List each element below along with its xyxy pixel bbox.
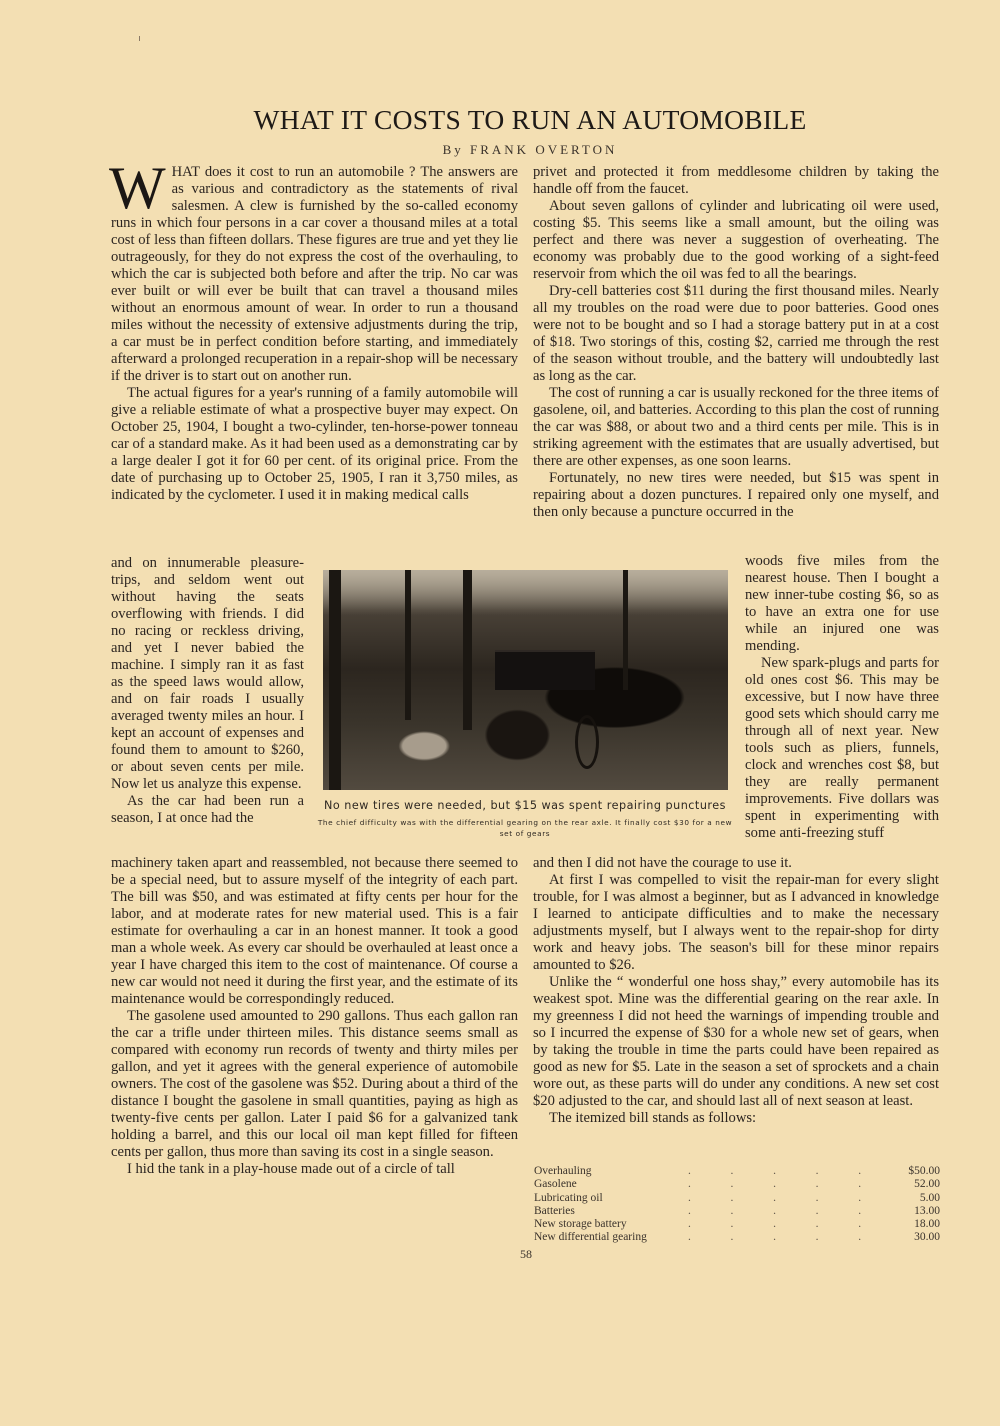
bill-leader-dots: . . . . . . . . . <box>684 1192 888 1205</box>
paragraph-actual-figures-cont: and on innumerable pleasure-trips, and s… <box>111 555 304 793</box>
page-number: 58 <box>520 1247 532 1262</box>
bill-item-amount: 52.00 <box>888 1178 940 1191</box>
bill-item-amount: 18.00 <box>888 1218 940 1231</box>
bill-item-amount: $50.00 <box>888 1165 940 1178</box>
left-column-top: WHAT does it cost to run an automobile ?… <box>111 164 518 504</box>
bill-item-amount: 13.00 <box>888 1205 940 1218</box>
bill-item-label: Gasolene <box>534 1178 684 1191</box>
photo-caption: No new tires were needed, but $15 was sp… <box>315 798 735 839</box>
bill-row: New storage battery . . . . . . . . . 18… <box>534 1218 940 1231</box>
caption-sub: The chief difficulty was with the differ… <box>315 817 735 839</box>
bill-leader-dots: . . . . . . . . . <box>684 1178 888 1191</box>
paragraph-spark-plugs-cont: and then I did not have the courage to u… <box>533 855 939 872</box>
paragraph-repair-man: At first I was compelled to visit the re… <box>533 872 939 974</box>
bill-item-label: Overhauling <box>534 1165 684 1178</box>
right-column-bottom: and then I did not have the courage to u… <box>533 855 939 1127</box>
paragraph-bill-intro: The itemized bill stands as follows: <box>533 1110 939 1127</box>
bill-item-amount: 5.00 <box>888 1192 940 1205</box>
article-photo <box>323 570 728 790</box>
bill-leader-dots: . . . . . . . . . <box>684 1218 888 1231</box>
bill-item-label: New storage battery <box>534 1218 684 1231</box>
bill-row: Overhauling . . . . . . . . . $50.00 <box>534 1165 940 1178</box>
photo-car-wheel <box>575 715 599 769</box>
bill-leader-dots: . . . . . . . . . <box>684 1205 888 1218</box>
article-title: WHAT IT COSTS TO RUN AN AUTOMOBILE <box>0 104 1000 136</box>
photo-sky <box>323 570 728 615</box>
paragraph-tank-start: I hid the tank in a play-house made out … <box>111 1161 518 1178</box>
page-speck <box>139 36 140 41</box>
paragraph-tires: Fortunately, no new tires were needed, b… <box>533 470 939 521</box>
photo-tree <box>463 570 472 730</box>
paragraph-gasolene: The gasolene used amounted to 290 gallon… <box>111 1008 518 1161</box>
photo-tree <box>405 570 411 720</box>
bill-leader-dots: . . . . . . . . . <box>684 1231 888 1244</box>
paragraph-spark-plugs: New spark-plugs and parts for old ones c… <box>745 655 939 842</box>
paragraph-actual-figures: The actual figures for a year's running … <box>111 385 518 504</box>
itemized-bill: Overhauling . . . . . . . . . $50.00 Gas… <box>534 1165 940 1245</box>
paragraph-overhaul-start: As the car had been run a season, I at o… <box>111 793 304 827</box>
bill-row: Lubricating oil . . . . . . . . . 5.00 <box>534 1192 940 1205</box>
right-column-narrow: woods five miles from the nearest house.… <box>745 553 939 842</box>
paragraph-running-cost: The cost of running a car is usually rec… <box>533 385 939 470</box>
photo-car <box>495 650 595 690</box>
bill-item-label: Lubricating oil <box>534 1192 684 1205</box>
paragraph-tires-cont: woods five miles from the nearest house.… <box>745 553 939 655</box>
drop-cap: W <box>109 165 166 211</box>
paragraph-oil: About seven gallons of cylinder and lubr… <box>533 198 939 283</box>
bill-row: New differential gearing . . . . . . . .… <box>534 1231 940 1244</box>
bill-item-label: New differential gearing <box>534 1231 684 1244</box>
paragraph-tank-cont: privet and protected it from meddlesome … <box>533 164 939 198</box>
caption-main: No new tires were needed, but $15 was sp… <box>315 798 735 813</box>
bill-item-amount: 30.00 <box>888 1231 940 1244</box>
photo-tree <box>329 570 341 790</box>
bill-row: Gasolene . . . . . . . . . 52.00 <box>534 1178 940 1191</box>
bill-row: Batteries . . . . . . . . . 13.00 <box>534 1205 940 1218</box>
paragraph-intro: WHAT does it cost to run an automobile ?… <box>111 164 518 385</box>
paragraph-weakest-spot: Unlike the “ wonderful one hoss shay,” e… <box>533 974 939 1110</box>
paragraph-intro-text: HAT does it cost to run an automobile ? … <box>111 164 518 384</box>
left-column-narrow: and on innumerable pleasure-trips, and s… <box>111 555 304 827</box>
bill-item-label: Batteries <box>534 1205 684 1218</box>
photo-tree <box>623 570 628 690</box>
bill-leader-dots: . . . . . . . . . <box>684 1165 888 1178</box>
paragraph-overhaul-cont: machinery taken apart and reassembled, n… <box>111 855 518 1008</box>
right-column-top: privet and protected it from meddlesome … <box>533 164 939 521</box>
left-column-bottom: machinery taken apart and reassembled, n… <box>111 855 518 1178</box>
paragraph-batteries: Dry-cell batteries cost $11 during the f… <box>533 283 939 385</box>
